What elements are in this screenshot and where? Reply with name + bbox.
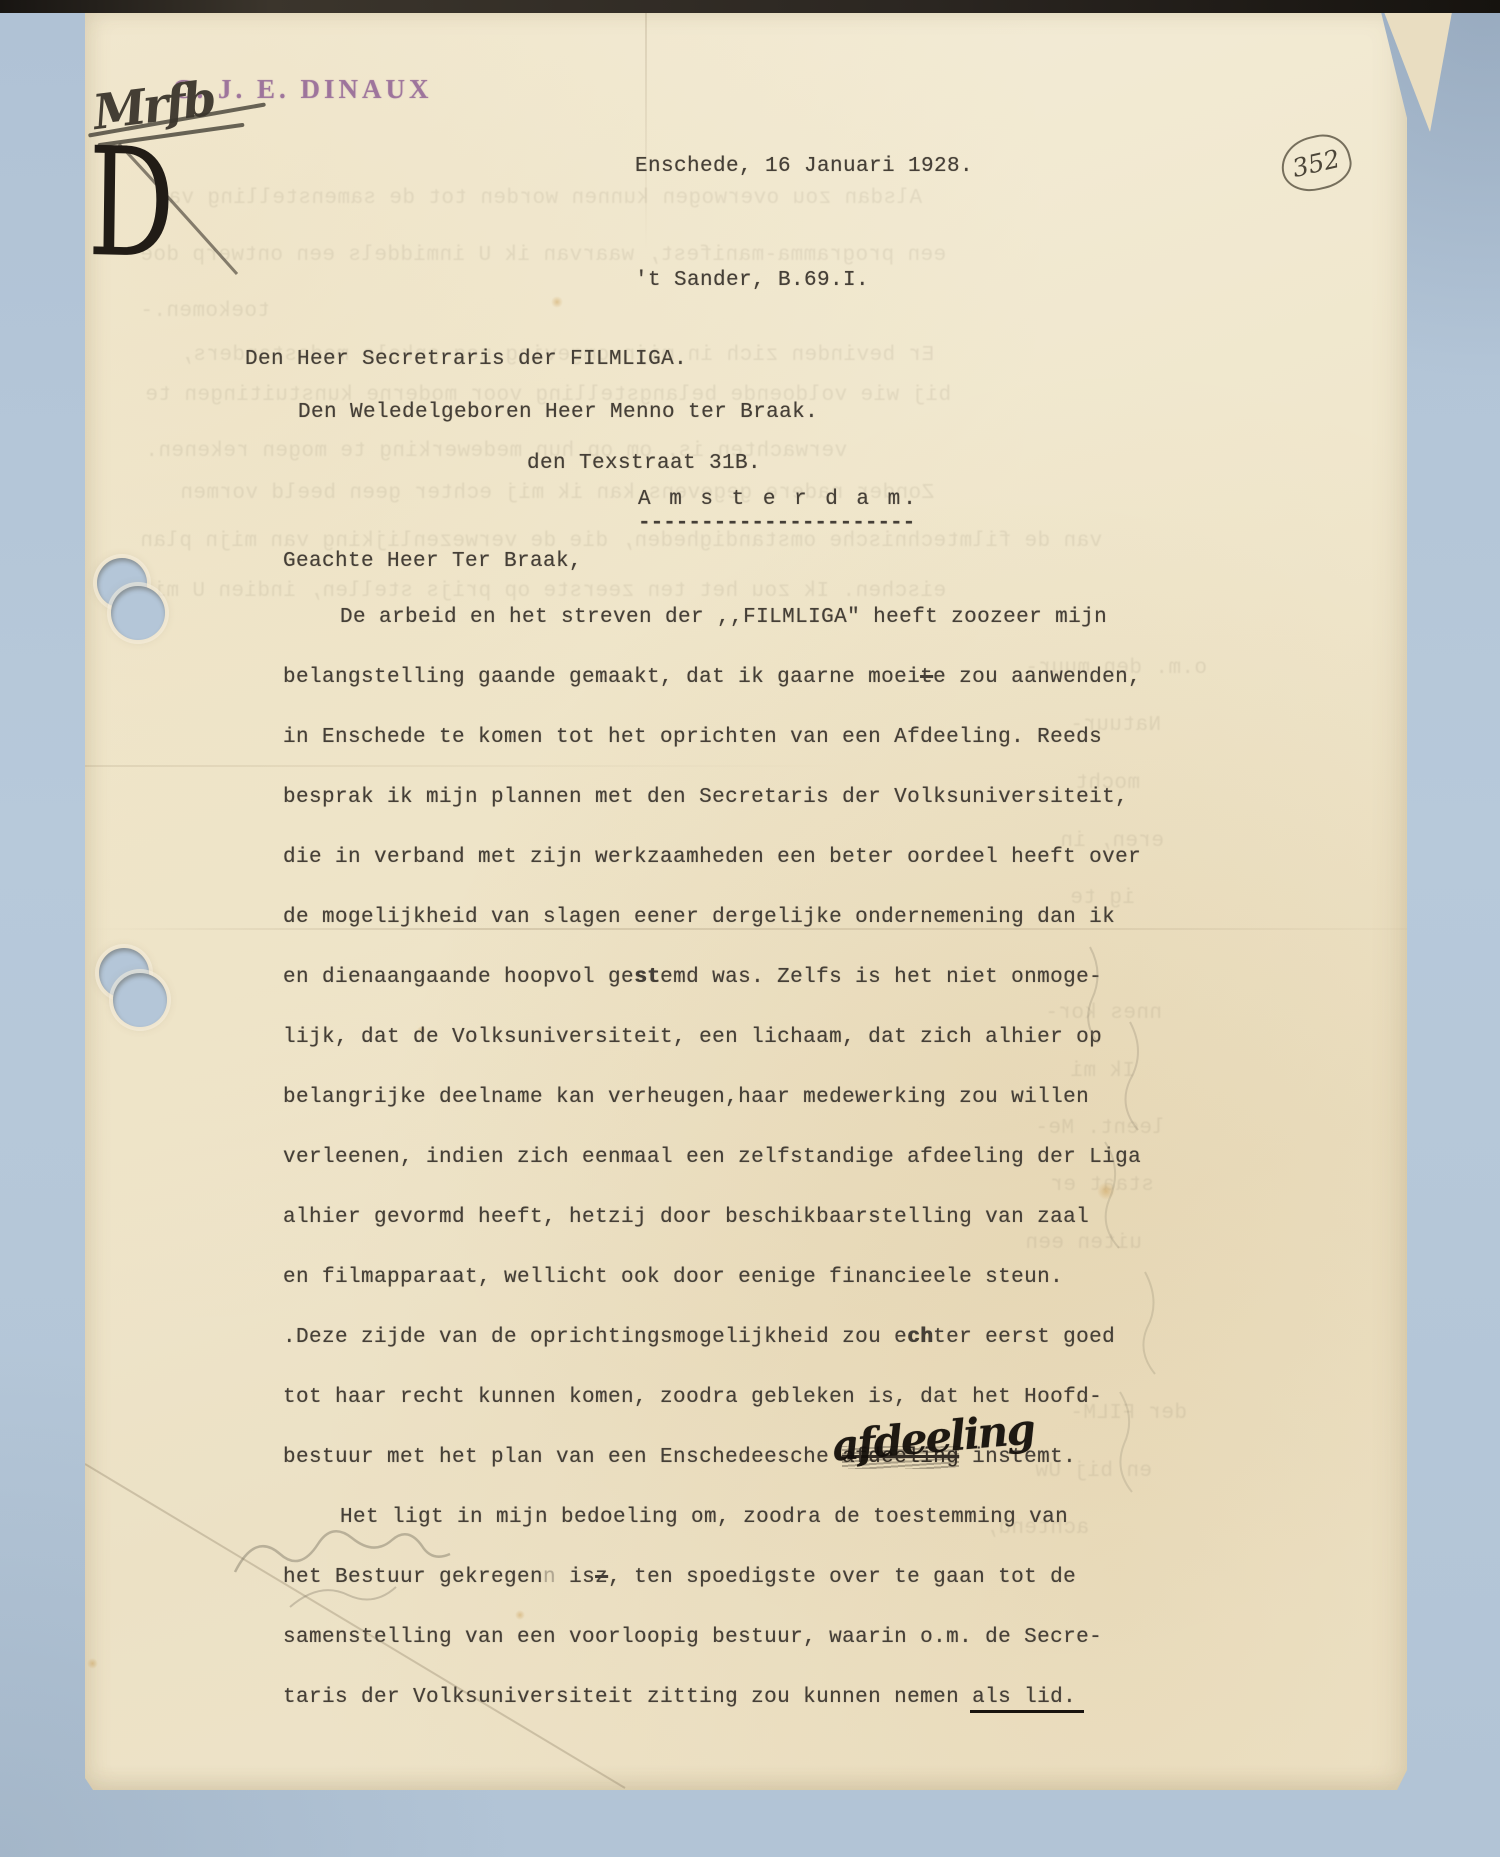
letter-body: De arbeid en het streven der ,,FILMLIGA"… [283, 588, 1141, 1728]
typed-text: .Deze zijde van de oprichtingsmogelijkhe… [283, 1326, 907, 1349]
date-block: Enschede, 16 Januari 1928. 't Sander, B.… [635, 72, 973, 376]
ink-underlined-text: als lid. [970, 1686, 1084, 1713]
typed-text: in Enschede te komen tot het oprichten v… [283, 726, 1102, 749]
address-line: Den Weledelgeboren Heer Menno ter Braak. [298, 393, 818, 433]
typed-text: De arbeid en het streven der ,,FILMLIGA"… [340, 606, 1107, 629]
typed-text: t [920, 666, 933, 689]
hole-punch [85, 552, 175, 647]
letter-paper: Alsdan zou overwogen kunnen worden tot d… [85, 12, 1407, 1790]
salutation: Geachte Heer Ter Braak, [283, 542, 582, 582]
typed-text: die in verband met zijn werkzaamheden ee… [283, 846, 1141, 869]
typed-text: bestuur met het plan van een Enschedeesc… [283, 1446, 842, 1469]
typed-text-layer: Enschede, 16 Januari 1928. 't Sander, B.… [85, 12, 1407, 1790]
typed-text: belangstelling gaande gemaakt, dat ik ga… [283, 666, 920, 689]
handwritten-letter-d: D [87, 128, 175, 280]
typed-line: belangrijke deelname kan verheugen,haar … [283, 1068, 1141, 1128]
typed-line: in Enschede te komen tot het oprichten v… [283, 708, 1141, 768]
typed-line: samenstelling van een voorloopig bestuur… [283, 1608, 1141, 1668]
typed-text: besprak ik mijn plannen met den Secretar… [283, 786, 1128, 809]
handwritten-correction: afdeelingafdeeling [842, 1428, 959, 1488]
typed-text: samenstelling van een voorloopig bestuur… [283, 1626, 1102, 1649]
typed-line: en filmapparaat, wellicht ook door eenig… [283, 1248, 1141, 1308]
typed-text: n [543, 1566, 556, 1589]
typed-text: emd was. Zelfs is het niet onmoge- [660, 966, 1102, 989]
typed-text: en filmapparaat, wellicht ook door eenig… [283, 1266, 1063, 1289]
typed-line: De arbeid en het streven der ,,FILMLIGA"… [283, 588, 1141, 648]
scanned-letter-scene: Alsdan zou overwogen kunnen worden tot d… [0, 0, 1500, 1857]
typed-line: bestuur met het plan van een Enschedeesc… [283, 1428, 1141, 1488]
typed-text: en dienaangaande hoopvol ge [283, 966, 634, 989]
typed-line: de mogelijkheid van slagen eener dergeli… [283, 888, 1141, 948]
typed-text: belangrijke deelname kan verheugen,haar … [283, 1086, 1089, 1109]
punch-hole [111, 586, 165, 640]
page-number: 352 [1289, 144, 1342, 183]
typed-text: verleenen, indien zich eenmaal een zelfs… [283, 1146, 1141, 1169]
typed-line: die in verband met zijn werkzaamheden ee… [283, 828, 1141, 888]
typed-text: ch [907, 1326, 933, 1349]
address-line: den Texstraat 31B. [527, 444, 761, 484]
hole-punch [85, 942, 175, 1037]
typed-text: lijk, dat de Volksuniversiteit, een lich… [283, 1026, 1102, 1049]
typed-text: alhier gevormd heeft, hetzij door beschi… [283, 1206, 1089, 1229]
typed-text: is [556, 1566, 595, 1589]
typed-line: belangstelling gaande gemaakt, dat ik ga… [283, 648, 1141, 708]
sender-address-line: 't Sander, B.69.I. [635, 262, 973, 300]
typed-line: alhier gevormd heeft, hetzij door beschi… [283, 1188, 1141, 1248]
typed-text: e zou aanwenden, [933, 666, 1141, 689]
typed-line: het Bestuur gekregenn isz, ten spoedigst… [283, 1548, 1141, 1608]
typed-text: st [634, 966, 660, 989]
typed-line: en dienaangaande hoopvol gestemd was. Ze… [283, 948, 1141, 1008]
address-line: Den Heer Secretraris der FILMLIGA. [245, 340, 687, 380]
typed-line: besprak ik mijn plannen met den Secretar… [283, 768, 1141, 828]
typed-line: taris der Volksuniversiteit zitting zou … [283, 1668, 1141, 1728]
typed-text: , ten spoedigste over te gaan tot de [608, 1566, 1076, 1589]
address-underline-dashes: ---------------------- [638, 504, 915, 544]
date-line: Enschede, 16 Januari 1928. [635, 148, 973, 186]
typed-line: Het ligt in mijn bedoeling om, zoodra de… [283, 1488, 1141, 1548]
typed-text: Het ligt in mijn bedoeling om, zoodra de… [340, 1506, 1068, 1529]
typed-text: het Bestuur gekregen [283, 1566, 543, 1589]
scan-edge-strip [0, 0, 1500, 13]
typed-text: ter eerst goed [933, 1326, 1115, 1349]
typed-text: z [595, 1566, 608, 1589]
typed-text: de mogelijkheid van slagen eener dergeli… [283, 906, 1115, 929]
typed-line: .Deze zijde van de oprichtingsmogelijkhe… [283, 1308, 1141, 1368]
typed-line: verleenen, indien zich eenmaal een zelfs… [283, 1128, 1141, 1188]
typed-text: taris der Volksuniversiteit zitting zou … [283, 1686, 972, 1709]
typed-line: lijk, dat de Volksuniversiteit, een lich… [283, 1008, 1141, 1068]
punch-hole [113, 973, 167, 1027]
